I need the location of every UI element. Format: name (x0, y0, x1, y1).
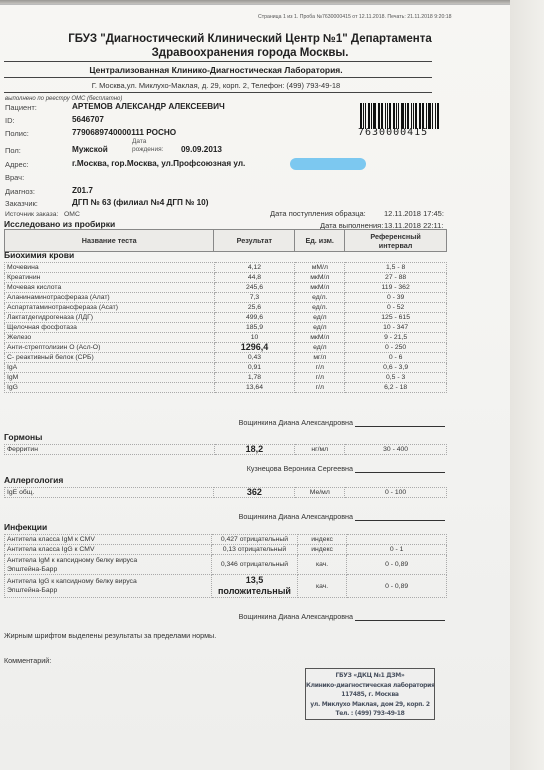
test-name: Антитела класса IgM к CMV (5, 535, 212, 545)
test-unit: ед/л. (295, 303, 345, 313)
patient-address: г.Москва, гор.Москва, ул.Профсоюзная ул. (72, 159, 245, 168)
test-reference: 0 - 52 (345, 303, 447, 313)
test-reference: 0,5 - 3 (345, 373, 447, 383)
test-name: IgE общ. (5, 488, 214, 498)
customer-value: ДГП № 63 (филиал №4 ДГП № 10) (72, 198, 208, 207)
dob-label-2: рождения: (132, 146, 163, 153)
test-result: 10 (214, 333, 295, 343)
test-reference: 125 - 615 (345, 313, 447, 323)
section-title: Инфекции (4, 522, 47, 532)
test-result: 7,3 (214, 293, 295, 303)
test-reference: 0 - 100 (345, 488, 447, 498)
test-unit: г/л (295, 363, 345, 373)
test-result: 1296,4 (214, 343, 295, 353)
lab-address: Г. Москва,ул. Миклухо-Маклая, д. 29, кор… (0, 81, 432, 90)
test-unit: ед/л (295, 313, 345, 323)
test-name: Щелочная фосфотаза (5, 323, 215, 333)
test-name: Мочевая кислота (5, 283, 215, 293)
test-reference: 0,6 - 3,9 (345, 363, 447, 373)
stamp-line5: Тел. : (499) 793-49-18 (306, 709, 434, 719)
test-reference: 0 - 0,89 (347, 555, 447, 575)
table-row: Щелочная фосфотаза185,9ед/л10 - 347 (5, 323, 447, 333)
test-name: Аланинаминотрасфераза (Алат) (5, 293, 215, 303)
test-name: Креатинин (5, 273, 215, 283)
test-result: 4,12 (214, 263, 295, 273)
barcode (360, 103, 440, 129)
column-header-name: Название теста (5, 230, 214, 252)
test-result: 185,9 (214, 323, 295, 333)
table-row: Мочевина4,12мМ/л1,5 - 8 (5, 263, 447, 273)
sex-label: Пол: (5, 146, 21, 155)
signer-name: Кузнецова Вероника Сергеевна (247, 464, 353, 473)
test-reference: 0 - 1 (347, 545, 447, 555)
test-name: Ферритин (5, 445, 215, 455)
stamp-line4: ул. Миклухо Маклая, дом 29, корп. 2 (306, 700, 434, 710)
redaction-mark (290, 158, 366, 170)
table-row: Лактатдегидрогеназа (ЛДГ)499,6ед/л125 - … (5, 313, 447, 323)
divider (4, 92, 432, 93)
table-row: Мочевая кислота245,6мкМ/л119 - 362 (5, 283, 447, 293)
test-name: IgM (5, 373, 215, 383)
address-label: Адрес: (5, 160, 29, 169)
test-name: Лактатдегидрогеназа (ЛДГ) (5, 313, 215, 323)
test-unit: индекс (297, 535, 346, 545)
test-result: 0,346 отрицательный (212, 555, 298, 575)
signer-name: Вощинкина Диана Александровна (239, 612, 353, 621)
patient-id: 5646707 (72, 115, 104, 124)
id-label: ID: (5, 116, 15, 125)
table-row: Аспартатаминотрансфераза (Асат)25,6ед/л.… (5, 303, 447, 313)
test-unit: индекс (297, 545, 346, 555)
test-result: 499,6 (214, 313, 295, 323)
test-name: Антитела класса IgG к CMV (5, 545, 212, 555)
divider (4, 77, 432, 78)
test-result: 0,13 отрицательный (212, 545, 298, 555)
stamp-line3: 117485, г. Москва (306, 690, 434, 700)
table-row: Железо10мкМ/л9 - 21,5 (5, 333, 447, 343)
test-reference: 1,5 - 8 (345, 263, 447, 273)
lab-stamp: ГБУЗ «ДКЦ №1 ДЗМ» Клинико-диагностическа… (305, 668, 435, 720)
test-unit: Ме/мл (295, 488, 345, 498)
results-table: Ферритин18,2нг/мл30 - 400 (4, 444, 447, 455)
ref-header-line1: Референсный (347, 232, 444, 241)
test-reference: 0 - 6 (345, 353, 447, 363)
test-reference: 10 - 347 (345, 323, 447, 333)
results-header: Название тестаРезультатЕд. изм.Референсн… (4, 229, 447, 252)
patient-name: АРТЕМОВ АЛЕКСАНДР АЛЕКСЕЕВИЧ (72, 102, 225, 111)
test-name: Мочевина (5, 263, 215, 273)
divider (4, 61, 432, 62)
test-name: Анти-стрептолизин О (Асл-О) (5, 343, 215, 353)
dob-label-1: Дата (132, 138, 146, 145)
policy-number: 7790689740000111 РОСНО (72, 128, 176, 137)
test-unit: г/л (295, 373, 345, 383)
table-row: Креатинин44,8мкМ/л27 - 88 (5, 273, 447, 283)
column-header-unit: Ед. изм. (295, 230, 345, 252)
test-unit: мкМ/л (295, 333, 345, 343)
comment-label: Комментарий: (4, 656, 51, 665)
test-result: 13,5 положительный (212, 575, 298, 598)
table-row: Аланинаминотрасфераза (Алат)7,3ед/л.0 - … (5, 293, 447, 303)
test-unit: нг/мл (295, 445, 345, 455)
test-reference: 9 - 21,5 (345, 333, 447, 343)
test-reference: 119 - 362 (345, 283, 447, 293)
test-name: IgA (5, 363, 215, 373)
table-row: IgM1,78г/л0,5 - 3 (5, 373, 447, 383)
test-unit: кач. (297, 575, 346, 598)
test-unit: ед/л (295, 343, 345, 353)
table-row: Ферритин18,2нг/мл30 - 400 (5, 445, 447, 455)
test-unit: ед/л. (295, 293, 345, 303)
signer-name: Вощинкина Диана Александровна (239, 512, 353, 521)
table-row: IgE общ.362Ме/мл0 - 100 (5, 488, 447, 498)
report-title-line2: Здравоохранения города Москвы. (0, 47, 500, 59)
diagnosis-code: Z01.7 (72, 186, 93, 195)
column-header-result: Результат (214, 230, 295, 252)
doctor-label: Врач: (5, 173, 24, 182)
test-result: 1,78 (214, 373, 295, 383)
test-reference: 27 - 88 (345, 273, 447, 283)
test-name: С- реактивный белок (СРБ) (5, 353, 215, 363)
table-row: Анти-стрептолизин О (Асл-О)1296,4ед/л0 -… (5, 343, 447, 353)
signature-line (355, 520, 445, 521)
test-name: Антитела IgM к капсидному белку вируса Э… (5, 555, 212, 575)
results-table: IgE общ.362Ме/мл0 - 100 (4, 487, 447, 498)
table-row: IgG13,64г/л6,2 - 18 (5, 383, 447, 393)
signature-line (355, 620, 445, 621)
test-result: 245,6 (214, 283, 295, 293)
test-unit: мг/л (295, 353, 345, 363)
diagnosis-label: Диагноз: (5, 187, 35, 196)
signature-line (355, 426, 445, 427)
stamp-line2: Клинико-диагностическая лаборатория (306, 681, 434, 691)
test-name: Железо (5, 333, 215, 343)
test-reference: 6,2 - 18 (345, 383, 447, 393)
test-result: 13,64 (214, 383, 295, 393)
sex-value: Мужской (72, 145, 108, 154)
test-name: IgG (5, 383, 215, 393)
test-result: 0,43 (214, 353, 295, 363)
test-result: 25,6 (214, 303, 295, 313)
test-result: 362 (214, 488, 295, 498)
source-label: Источник заказа: (5, 211, 58, 218)
results-table: Мочевина4,12мМ/л1,5 - 8Креатинин44,8мкМ/… (4, 262, 447, 393)
test-unit: мкМ/л (295, 273, 345, 283)
table-row: Антитела IgM к капсидному белку вируса Э… (5, 555, 447, 575)
test-reference: 0 - 250 (345, 343, 447, 353)
lab-name: Централизованная Клинико-Диагностическая… (0, 65, 432, 75)
dob-value: 09.09.2013 (181, 145, 222, 154)
test-reference: 0 - 39 (345, 293, 447, 303)
section-title: Гормоны (4, 432, 42, 442)
table-row: Антитела класса IgM к CMV0,427 отрицател… (5, 535, 447, 545)
table-row: Антитела класса IgG к CMV0,13 отрицатель… (5, 545, 447, 555)
ref-header-line2: интервал (347, 241, 444, 250)
table-row: Антитела IgG к капсидному белку вируса Э… (5, 575, 447, 598)
test-result: 0,427 отрицательный (212, 535, 298, 545)
table-row: IgA0,91г/л0,6 - 3,9 (5, 363, 447, 373)
received-label: Дата поступления образца: (270, 209, 366, 218)
test-name: Антитела IgG к капсидному белку вируса Э… (5, 575, 212, 598)
section-title: Биохимия крови (4, 250, 74, 260)
test-unit: мкМ/л (295, 283, 345, 293)
test-unit: мМ/л (295, 263, 345, 273)
test-name: Аспартатаминотрансфераза (Асат) (5, 303, 215, 313)
test-unit: кач. (297, 555, 346, 575)
studied-from: Исследовано из пробирки (4, 219, 115, 229)
column-header-ref: Референсныйинтервал (345, 230, 447, 252)
test-reference (347, 535, 447, 545)
test-unit: ед/л (295, 323, 345, 333)
results-table: Антитела класса IgM к CMV0,427 отрицател… (4, 534, 447, 598)
test-result: 0,91 (214, 363, 295, 373)
test-reference: 30 - 400 (345, 445, 447, 455)
patient-label: Пациент: (5, 103, 37, 112)
signature-line (355, 472, 445, 473)
test-unit: г/л (295, 383, 345, 393)
page-info: Страница 1 из 1. Проба №7630000415 от 12… (258, 14, 452, 20)
received-date: 12.11.2018 17:45: (384, 209, 444, 218)
table-row: С- реактивный белок (СРБ)0,43мг/л0 - 6 (5, 353, 447, 363)
test-result: 18,2 (214, 445, 295, 455)
policy-label: Полис: (5, 129, 29, 138)
source-value: ОМС (64, 211, 80, 218)
customer-label: Заказчик: (5, 199, 38, 208)
barcode-number: 7630000415 (358, 127, 428, 138)
report-title-line1: ГБУЗ "Диагностический Клинический Центр … (0, 33, 500, 45)
section-title: Аллергология (4, 475, 63, 485)
test-reference: 0 - 0,89 (347, 575, 447, 598)
signer-name: Вощинкина Диана Александровна (239, 418, 353, 427)
bold-note: Жирным шрифтом выделены результаты за пр… (4, 631, 216, 640)
stamp-line1: ГБУЗ «ДКЦ №1 ДЗМ» (306, 671, 434, 681)
paper-background (510, 0, 544, 770)
test-result: 44,8 (214, 273, 295, 283)
